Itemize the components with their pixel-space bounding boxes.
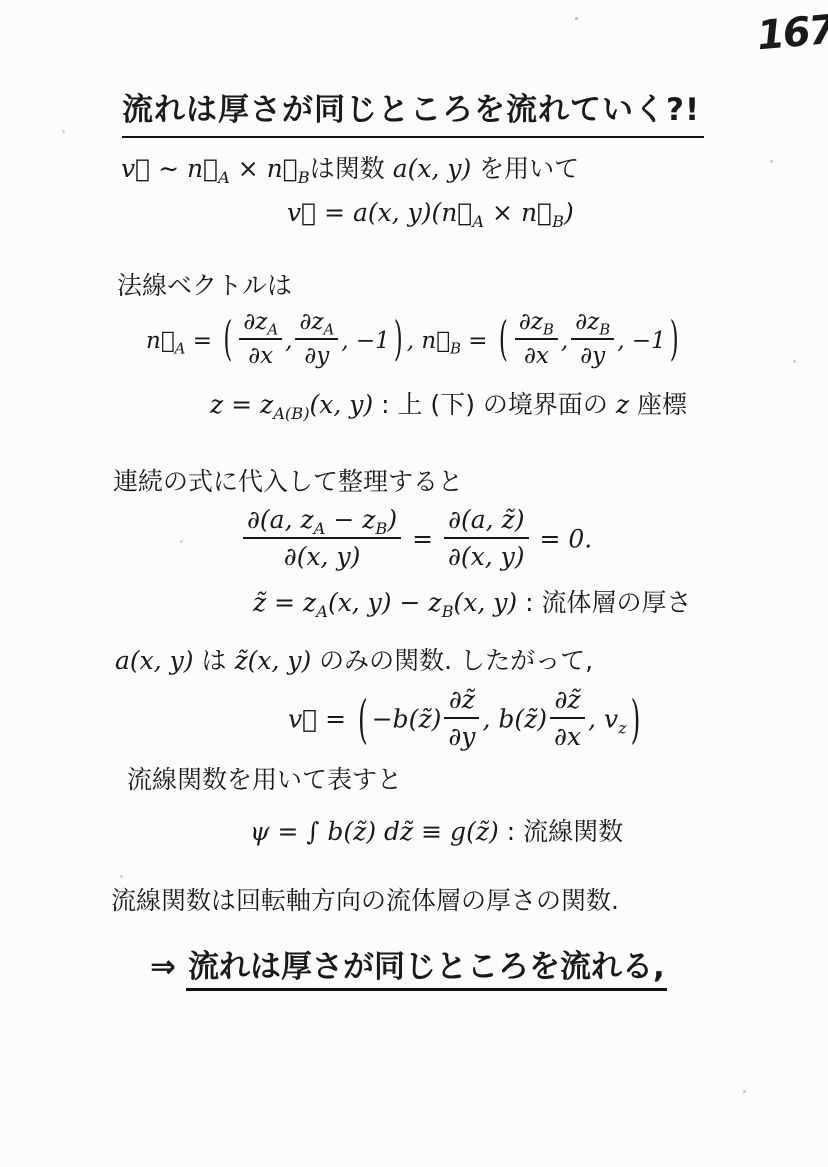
fraction-numerator: ∂z — [299, 309, 323, 335]
streamfunction-note: 流線関数は回転軸方向の流体層の厚さの関数. — [111, 885, 619, 916]
math-run: z̃ = z — [253, 588, 316, 617]
math-run: , −1 — [341, 328, 390, 354]
math-run: n⃗ — [146, 328, 175, 354]
math-run: , −1 — [617, 328, 666, 354]
subscript: A — [175, 340, 186, 358]
fraction-denominator: ∂y — [444, 719, 479, 751]
subscript: A — [316, 602, 328, 621]
fraction-denominator: ∂y — [571, 340, 614, 369]
equation-normal-vectors: n⃗A = (∂zA∂x,∂zA∂y, −1), n⃗B = (∂zB∂x,∂z… — [146, 312, 683, 372]
math-run: , — [407, 328, 422, 354]
fraction: ∂zA∂x — [239, 309, 282, 369]
fraction-numerator: ) — [387, 505, 397, 534]
page-number-handwritten: 167 — [755, 7, 828, 60]
math-run: ψ = ∫ b(z̃) dz̃ ≡ g(z̃) — [250, 817, 499, 846]
subscript: B — [543, 321, 554, 339]
subscript: z — [618, 719, 627, 738]
implies-arrow-icon: ⇒ — [150, 949, 176, 985]
fraction-numerator: ∂(a, z — [247, 505, 314, 534]
equation-velocity: v⃗ = (−b(z̃)∂z̃∂y, b(z̃)∂z̃∂x, vz) — [288, 688, 644, 754]
math-run: , — [561, 328, 568, 354]
equation-v-definition: v⃗ = a(x, y)(n⃗A × n⃗B) — [287, 198, 574, 227]
fraction-denominator: ∂y — [295, 340, 338, 369]
fraction-denominator: ∂x — [550, 719, 585, 751]
fraction: ∂zB∂y — [571, 309, 614, 369]
fraction-numerator: ∂z̃ — [444, 685, 479, 719]
subscript: A — [323, 321, 334, 339]
math-run: v⃗ ∼ n⃗ — [121, 154, 218, 183]
math-run: (x, y) — [310, 390, 374, 419]
math-run: v⃗ = a(x, y)(n⃗ — [287, 198, 472, 227]
math-run: ) — [564, 198, 574, 227]
thickness-definition: z̃ = zA(x, y) − zB(x, y) : 流体層の厚さ — [253, 587, 691, 618]
scanned-page: 167 流れは厚さが同じところを流れていく?! v⃗ ∼ n⃗A × n⃗Bは関… — [0, 0, 828, 1167]
conclusion-line: ⇒流れは厚さが同じところを流れる, — [150, 941, 667, 986]
subscript: B — [375, 519, 387, 538]
fraction-numerator: − z — [325, 505, 375, 534]
subscript: B — [599, 321, 610, 339]
math-run: −b(z̃) — [372, 705, 442, 734]
left-paren: ( — [358, 689, 368, 748]
left-paren: ( — [223, 313, 232, 366]
fraction-numerator: ∂z — [519, 309, 543, 335]
math-run: = 0. — [532, 525, 593, 554]
subscript: A(B) — [273, 404, 309, 423]
fraction-numerator: ∂z — [575, 309, 599, 335]
math-run: (x, y) − z — [328, 588, 442, 617]
text-run: は関数 — [310, 154, 393, 183]
fraction-numerator: ∂(a, z̃) — [444, 505, 529, 539]
subscript: A — [314, 519, 326, 538]
fraction-denominator: ∂(x, y) — [243, 539, 401, 571]
math-run: z — [616, 390, 629, 419]
text-run: : 上 (下) の境界面の — [373, 390, 616, 419]
right-paren: ) — [631, 689, 641, 748]
conclusion-text: 流れは厚さが同じところを流れる, — [186, 949, 667, 991]
fraction: ∂zA∂y — [295, 309, 338, 369]
fraction-denominator: ∂x — [239, 340, 282, 369]
math-run: = — [185, 328, 219, 354]
text-run: のみの関数. したがって, — [311, 646, 593, 675]
left-paren: ( — [499, 313, 508, 366]
text-run: : 流線関数 — [499, 817, 623, 846]
normal-vector-label: 法線ベクトルは — [117, 270, 292, 301]
math-run: a(x, y) — [115, 646, 194, 675]
fraction-denominator: ∂(x, y) — [444, 539, 529, 571]
math-run: n⃗ — [421, 328, 450, 354]
equation-streamfunction: ψ = ∫ b(z̃) dz̃ ≡ g(z̃) : 流線関数 — [250, 812, 623, 848]
fraction: ∂(a, zA − zB)∂(x, y) — [243, 505, 401, 571]
subscript: B — [450, 340, 461, 358]
streamfunction-label: 流線関数を用いて表すと — [127, 764, 402, 795]
math-run: z = z — [210, 390, 273, 419]
text-run: 座標 — [629, 390, 687, 419]
math-run: , v — [588, 705, 618, 734]
fraction-denominator: ∂x — [515, 340, 558, 369]
subscript: B — [442, 602, 454, 621]
math-run: v⃗ = — [288, 705, 354, 734]
subscript: B — [552, 212, 564, 231]
equation-jacobian: ∂(a, zA − zB)∂(x, y) = ∂(a, z̃)∂(x, y) =… — [240, 508, 592, 574]
subscript: B — [298, 168, 310, 187]
text-run: は — [194, 646, 235, 675]
a-function-note: a(x, y) は z̃(x, y) のみの関数. したがって, — [115, 645, 593, 676]
fraction: ∂z̃∂x — [550, 685, 585, 751]
subscript: A — [218, 168, 230, 187]
math-run: , b(z̃) — [482, 705, 547, 734]
math-run: , — [285, 328, 292, 354]
text-run: : 流体層の厚さ — [517, 588, 691, 617]
page-title: 流れは厚さが同じところを流れていく?! — [122, 84, 704, 138]
z-coordinate-note: z = zA(B)(x, y) : 上 (下) の境界面の z 座標 — [210, 389, 687, 420]
math-run: = — [461, 328, 495, 354]
right-paren: ) — [394, 313, 403, 366]
subscript: A — [267, 321, 278, 339]
fraction: ∂(a, z̃)∂(x, y) — [444, 505, 529, 571]
text-run: を用いて — [471, 154, 579, 183]
math-run: = — [404, 525, 441, 554]
math-run: × n⃗ — [230, 154, 298, 183]
fraction-numerator: ∂z̃ — [550, 685, 585, 719]
math-run: × n⃗ — [484, 198, 552, 227]
fraction-numerator: ∂z — [243, 309, 267, 335]
scan-noise-dots — [575, 17, 578, 20]
intro-line: v⃗ ∼ n⃗A × n⃗Bは関数 a(x, y) を用いて — [121, 153, 579, 184]
math-run: a(x, y) — [393, 154, 472, 183]
math-run: z̃(x, y) — [234, 646, 311, 675]
fraction: ∂z̃∂y — [444, 685, 479, 751]
math-run: (x, y) — [454, 588, 518, 617]
subscript: A — [472, 212, 484, 231]
fraction: ∂zB∂x — [515, 309, 558, 369]
right-paren: ) — [670, 313, 679, 366]
continuity-label: 連続の式に代入して整理すると — [113, 466, 463, 497]
